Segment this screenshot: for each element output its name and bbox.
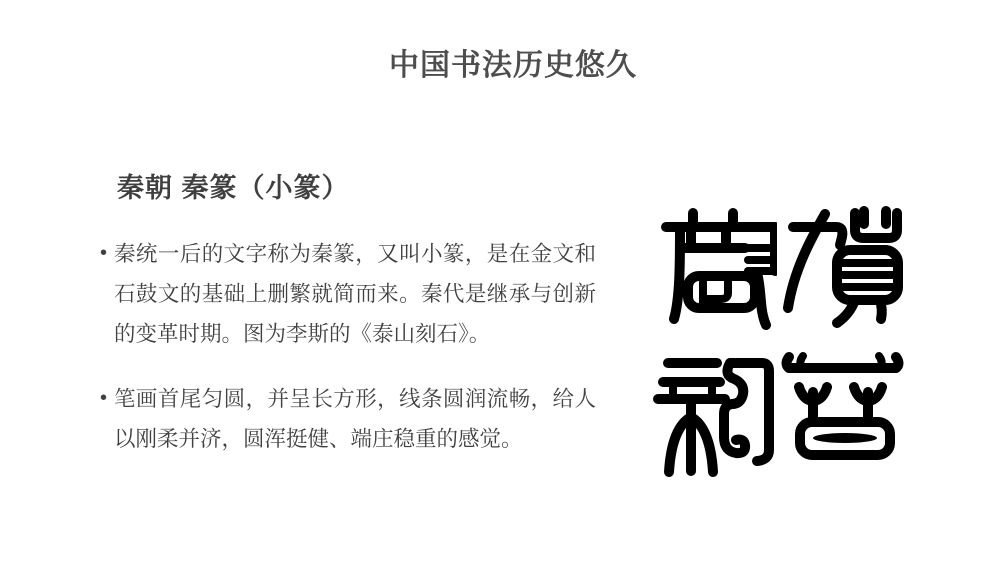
seal-character-sui: 歲 (653, 203, 777, 343)
seal-glyph-drawing (781, 195, 903, 341)
seal-character-he: 賀 (781, 195, 903, 341)
bullet-text: 秦统一后的文字称为秦篆，又叫小篆，是在金文和石鼓文的基础上删繁就简而来。秦代是继… (114, 242, 596, 346)
bullet-list: • 秦统一后的文字称为秦篆，又叫小篆，是在金文和石鼓文的基础上删繁就简而来。秦代… (100, 234, 596, 459)
bullet-item: • 笔画首尾匀圆，并呈长方形，线条圆润流畅，给人以刚柔并济，圆浑挺健、端庄稳重的… (100, 379, 596, 459)
slide-canvas: 中国书法历史悠久 秦朝 秦篆（小篆） • 秦统一后的文字称为秦篆，又叫小篆，是在… (0, 0, 1000, 563)
content-left-column: 秦朝 秦篆（小篆） • 秦统一后的文字称为秦篆，又叫小篆，是在金文和石鼓文的基础… (100, 172, 596, 459)
seal-glyph-drawing (777, 350, 907, 478)
seal-character-xin: 新 (650, 353, 780, 481)
seal-glyph-drawing (650, 353, 780, 481)
seal-script-artwork: 歲 賀 (645, 195, 917, 485)
slide-title: 中国书法历史悠久 (0, 48, 1000, 84)
bullet-item: • 秦统一后的文字称为秦篆，又叫小篆，是在金文和石鼓文的基础上删繁就简而来。秦代… (100, 234, 596, 354)
section-heading: 秦朝 秦篆（小篆） (117, 172, 596, 204)
bullet-marker: • (100, 233, 107, 273)
bullet-text: 笔画首尾匀圆，并呈长方形，线条圆润流畅，给人以刚柔并济，圆浑挺健、端庄稳重的感觉… (114, 387, 596, 451)
seal-character-chun: 春 (777, 350, 907, 478)
bullet-marker: • (100, 378, 107, 418)
seal-glyph-drawing (653, 203, 777, 343)
